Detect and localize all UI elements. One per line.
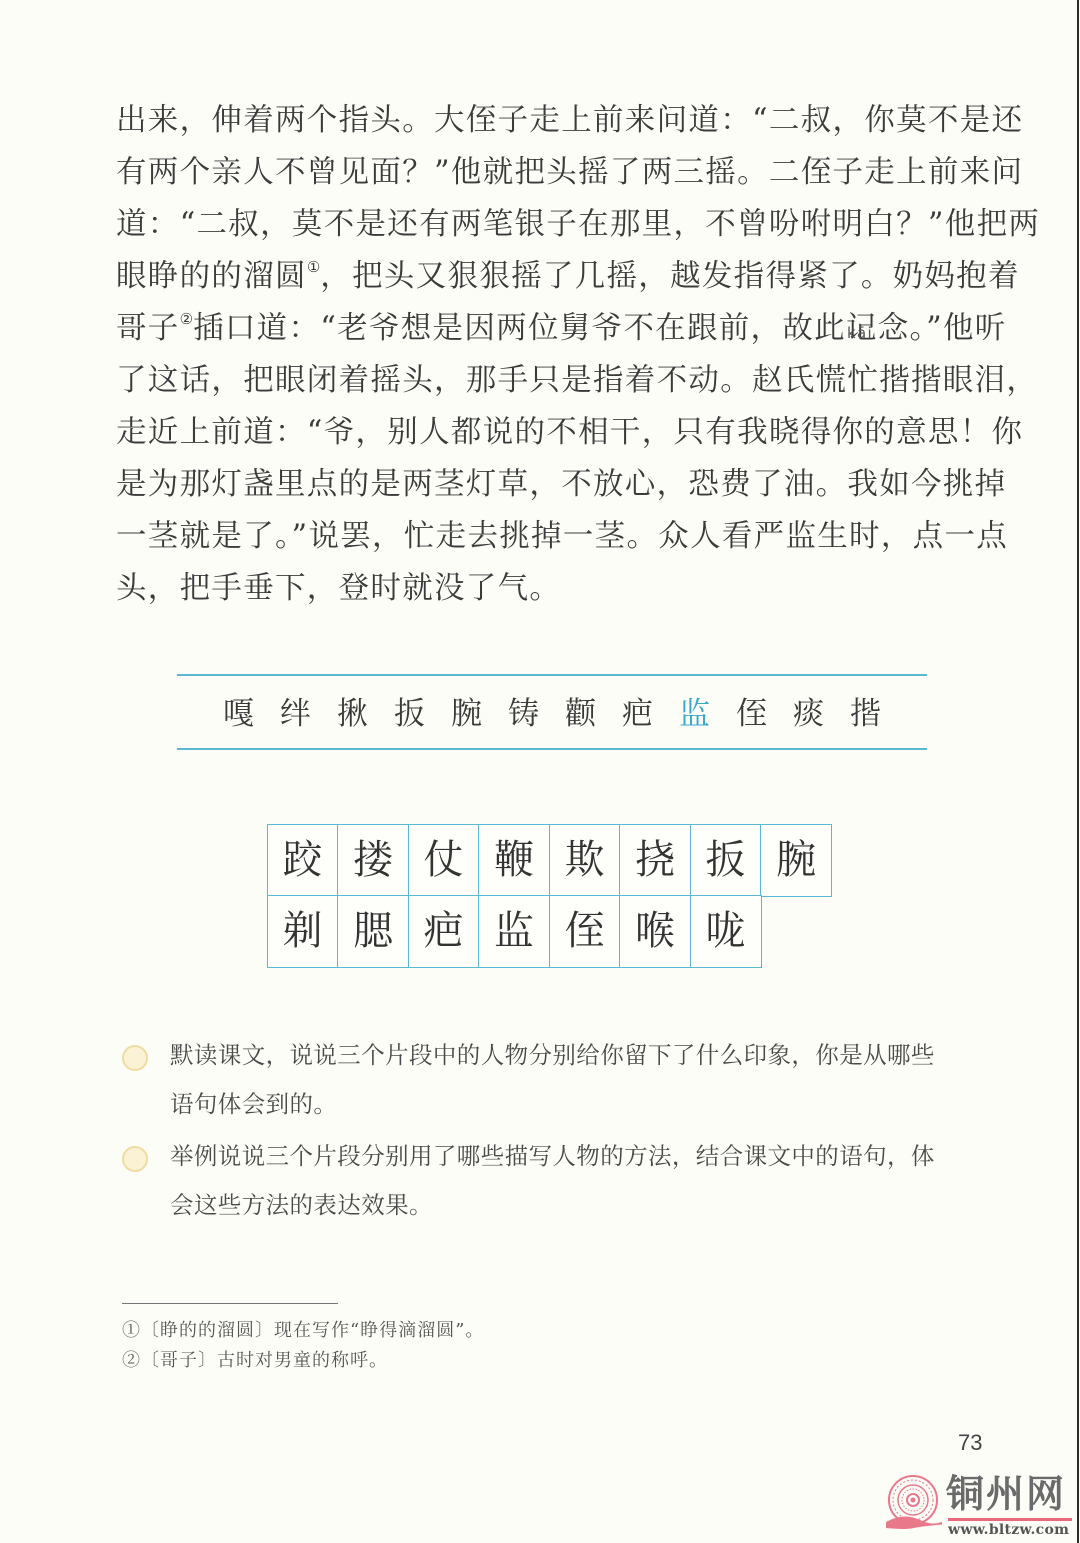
question-text: 语句体会到的。 — [170, 1080, 1000, 1129]
grid-cell: 侄 — [549, 895, 621, 968]
passage-line: 眼睁的的溜圆①，把头又狠狠摇了几摇，越发指得紧了。奶妈抱着 — [116, 251, 986, 303]
recognize-char: 揪 — [324, 688, 381, 740]
footnote-1: ①〔睁的的溜圆〕现在写作“睁得滴溜圆”。 — [122, 1316, 484, 1346]
passage-line: 走近上前道：“爷，别人都说的不相干，只有我晓得你的意思！你 — [116, 407, 986, 459]
grid-cell: 鞭 — [478, 824, 550, 897]
recognize-char: 绊 — [267, 688, 324, 740]
passage-text: 眼睁的的溜圆 — [116, 259, 307, 294]
question-item: 举例说说三个片段分别用了哪些描写人物的方法，结合课文中的语句，体 会这些方法的表… — [120, 1132, 1000, 1230]
watermark: 铜州网 www.bltzw.com — [876, 1472, 1076, 1540]
passage-line: 一茎就是了。”说罢，忙走去挑掉一茎。众人看严监生时，点一点 — [116, 511, 986, 563]
passage-line: 是为那灯盏里点的是两茎灯草，不放心，恐费了油。我如今挑掉 — [116, 459, 986, 511]
grid-cell: 扳 — [690, 824, 762, 897]
passage-text: 插口道：“老爷想是因两位舅爷不在跟前，故此记念。”他听 — [193, 311, 1007, 346]
word-strip-bottom-rule — [177, 748, 927, 750]
passage-text: 哥子 — [116, 311, 180, 346]
passage-line: 道：“二叔，莫不是还有两笔银子在那里，不曾吩咐明白？”他把两 — [116, 199, 986, 251]
recognize-char-highlighted: 监 — [666, 688, 723, 740]
passage: 出来，伸着两个指头。大侄子走上前来问道：“二叔，你莫不是还 有两个亲人不曾见面？… — [116, 95, 986, 615]
footnote-2: ②〔哥子〕古时对男童的称呼。 — [122, 1346, 484, 1376]
word-strip-top-rule — [177, 674, 927, 676]
grid-cell: 搂 — [337, 824, 409, 897]
recognize-char: 腕 — [438, 688, 495, 740]
recognize-char: 颧 — [552, 688, 609, 740]
page-number: 73 — [958, 1430, 982, 1456]
passage-line: 哥子②插口道：“老爷想是因两位舅爷不在跟前，故此记念。”他听kāi — [116, 303, 986, 355]
grid-cell: 监 — [478, 895, 550, 968]
passage-line: 头，把手垂下，登时就没了气。 — [116, 563, 986, 615]
grid-cell: 欺 — [549, 824, 621, 897]
passage-line: 出来，伸着两个指头。大侄子走上前来问道：“二叔，你莫不是还 — [116, 95, 986, 147]
recognize-char: 扳 — [381, 688, 438, 740]
recognize-char: 嘎 — [210, 688, 267, 740]
recognize-char: 铸 — [495, 688, 552, 740]
grid-cell: 剃 — [267, 895, 339, 968]
watermark-url: www.bltzw.com — [948, 1522, 1069, 1538]
footnote-divider — [122, 1303, 338, 1304]
grid-cell: 咙 — [690, 895, 762, 968]
grid-cell: 腮 — [337, 895, 409, 968]
footnotes: ①〔睁的的溜圆〕现在写作“睁得滴溜圆”。 ②〔哥子〕古时对男童的称呼。 — [122, 1316, 484, 1376]
page-edge — [1077, 0, 1079, 1543]
circle-bullet-icon — [122, 1146, 148, 1172]
passage-text: ，把头又狠狠摇了几摇，越发指得紧了。奶妈抱着 — [320, 259, 1020, 294]
exercise-questions: 默读课文，说说三个片段中的人物分别给你留下了什么印象，你是从哪些 语句体会到的。… — [120, 1031, 1000, 1230]
question-text: 默读课文，说说三个片段中的人物分别给你留下了什么印象，你是从哪些 — [170, 1031, 1000, 1080]
grid-row: 跤 搂 仗 鞭 欺 挠 扳 腕 — [268, 825, 832, 897]
grid-cell: 仗 — [408, 824, 480, 897]
recognize-char: 痰 — [780, 688, 837, 740]
watermark-title: 铜州网 — [946, 1472, 1066, 1516]
question-text: 会这些方法的表达效果。 — [170, 1181, 1000, 1230]
watermark-bar — [948, 1518, 1072, 1521]
footnote-ref-2[interactable]: ② — [180, 310, 193, 328]
passage-line: 了这话，把眼闭着摇头，那手只是指着不动。赵氏慌忙揩揩眼泪， — [116, 355, 986, 407]
grid-cell: 腕 — [760, 824, 832, 897]
circle-bullet-icon — [122, 1045, 148, 1071]
grid-cell: 挠 — [619, 824, 691, 897]
recognize-char: 侄 — [723, 688, 780, 740]
footnote-ref-1[interactable]: ① — [307, 258, 320, 276]
recognize-char: 揩 — [837, 688, 894, 740]
question-text: 举例说说三个片段分别用了哪些描写人物的方法，结合课文中的语句，体 — [170, 1132, 1000, 1181]
grid-cell: 喉 — [619, 895, 691, 968]
question-item: 默读课文，说说三个片段中的人物分别给你留下了什么印象，你是从哪些 语句体会到的。 — [120, 1031, 1000, 1129]
passage-line: 有两个亲人不曾见面？”他就把头摇了两三摇。二侄子走上前来问 — [116, 147, 986, 199]
watermark-logo-icon — [884, 1474, 942, 1532]
recognize-char: 疤 — [609, 688, 666, 740]
writing-grid: 跤 搂 仗 鞭 欺 挠 扳 腕 剃 腮 疤 监 侄 喉 咙 — [268, 825, 832, 968]
grid-cell: 跤 — [267, 824, 339, 897]
grid-row: 剃 腮 疤 监 侄 喉 咙 — [268, 897, 832, 969]
recognize-words-strip: 嘎 绊 揪 扳 腕 铸 颧 疤 监 侄 痰 揩 — [177, 688, 927, 740]
pinyin-annotation: kāi — [847, 325, 873, 341]
grid-cell: 疤 — [408, 895, 480, 968]
